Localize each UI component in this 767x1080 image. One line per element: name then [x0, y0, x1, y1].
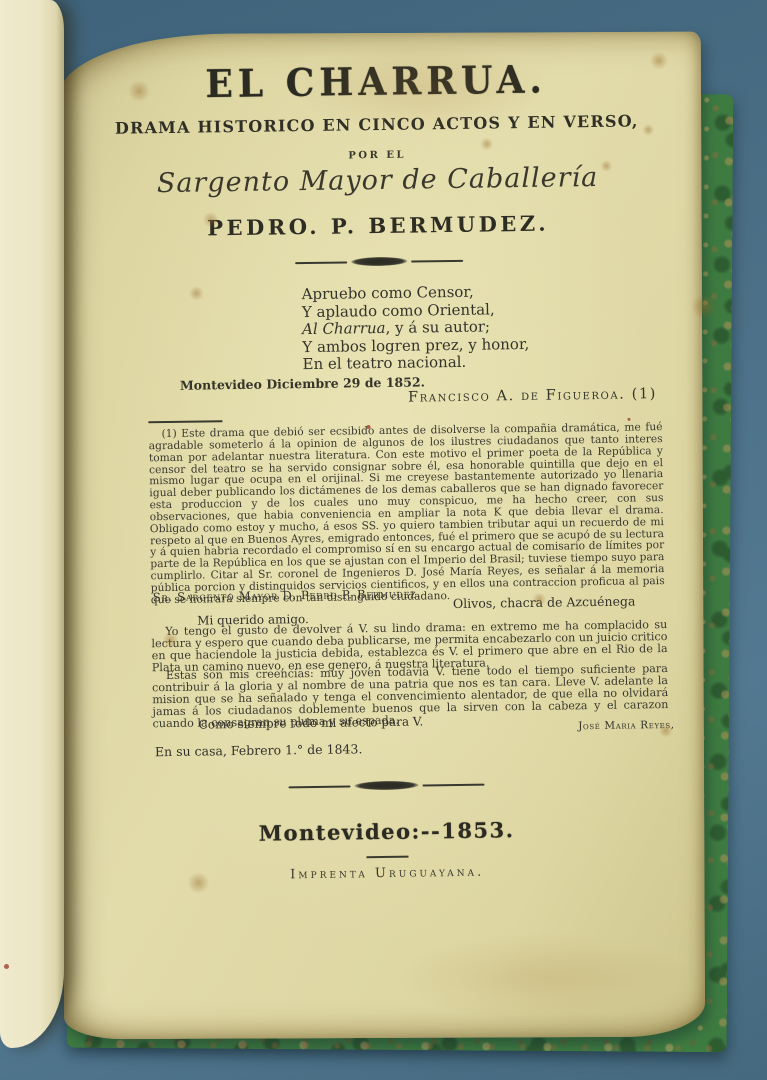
red-speck — [367, 425, 371, 429]
foxing-spot — [659, 724, 673, 738]
ornament-center — [354, 781, 418, 791]
foxing-spot — [189, 286, 204, 301]
foxing-spot — [642, 124, 654, 136]
foxing-spot — [600, 160, 612, 172]
imprint-city-year: Montevideo:--1853. — [66, 814, 707, 848]
ornament-divider — [65, 777, 706, 795]
ornament-line — [422, 783, 484, 786]
censor-verse: Apruebo como Censor, Y aplaudo como Orie… — [302, 283, 530, 374]
foxing-spot — [187, 872, 209, 894]
red-speck — [627, 418, 630, 421]
ornament-line — [288, 785, 350, 788]
footnote-rule — [148, 420, 222, 423]
foxing-spot — [532, 592, 546, 606]
imprint-rule — [366, 856, 408, 859]
foxing-spot — [203, 212, 219, 228]
ornament-center — [351, 257, 407, 267]
letter-dateline: En su casa, Febrero 1.° de 1843. — [155, 741, 363, 759]
foxing-spot — [162, 632, 178, 648]
book-photograph: { "palette": { "background": "#4a6e84", … — [0, 0, 767, 1080]
title-page: EL CHARRUA. DRAMA HISTORICO EN CINCO ACT… — [60, 32, 705, 1040]
author-name: PEDRO. P. BERMUDEZ. — [58, 209, 699, 243]
foxing-spot — [650, 52, 668, 70]
censor-dateline: Montevideo Diciembre 29 de 1852. — [180, 374, 425, 392]
verse-line: En el teatro nacional. — [302, 353, 529, 374]
footnote-text: (1) Este drama que debió ser ecsibido an… — [148, 421, 664, 606]
ornament-line — [295, 261, 347, 264]
flyleaf-page-edge — [0, 0, 64, 1048]
foxing-spot — [480, 138, 493, 151]
printed-content: EL CHARRUA. DRAMA HISTORICO EN CINCO ACT… — [55, 29, 710, 1043]
ornament-divider — [58, 253, 699, 271]
red-speck — [4, 964, 9, 969]
letter-signature: José Maria Reyes, — [505, 719, 675, 733]
foxing-spot — [128, 80, 150, 102]
imprint-printer: Imprenta Uruguayana. — [67, 861, 708, 885]
letter-closing: Como siempre todo mi afecto para V. — [199, 714, 424, 731]
censor-signature: Francisco A. de Figueroa. (1) — [408, 386, 657, 405]
ornament-line — [411, 259, 463, 262]
foxing-spot — [691, 294, 717, 320]
